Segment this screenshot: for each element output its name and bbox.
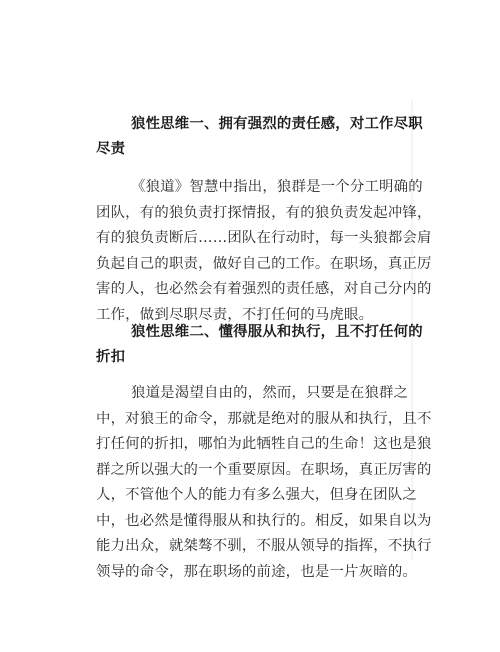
paragraph-line: 《狼道》智慧中指出，狼群是一个分工明确的 (96, 175, 406, 201)
heading-line: 狼性思维一、拥有强烈的责任感，对工作尽职 (96, 112, 406, 137)
section-1-heading: 狼性思维一、拥有强烈的责任感，对工作尽职 尽责 (96, 112, 406, 162)
heading-line: 折扣 (96, 345, 406, 370)
paragraph-line: 人，不管他个人的能力有多么强大，但身在团队之 (96, 483, 406, 509)
heading-line: 尽责 (96, 137, 406, 162)
section-2-heading: 狼性思维二、懂得服从和执行，且不打任何的 折扣 (96, 320, 406, 370)
paragraph-line: 狼道是渴望自由的，然而，只要是在狼群之 (96, 381, 406, 407)
paragraph-line: 有的狼负责断后……团队在行动时，每一头狼都会肩 (96, 226, 406, 252)
paragraph-line: 中，对狼王的命令，那就是绝对的服从和执行，且不 (96, 407, 406, 433)
paragraph-line: 打任何的折扣，哪怕为此牺牲自己的生命！这也是狼 (96, 432, 406, 458)
paragraph-line: 领导的命令，那在职场的前途，也是一片灰暗的。 (96, 560, 406, 586)
document-page: 狼性思维一、拥有强烈的责任感，对工作尽职 尽责 《狼道》智慧中指出，狼群是一个分… (0, 0, 500, 652)
paragraph-line: 害的人，也必然会有着强烈的责任感，对自己分内的 (96, 277, 406, 303)
section-2-paragraph: 狼道是渴望自由的，然而，只要是在狼群之 中，对狼王的命令，那就是绝对的服从和执行… (96, 381, 406, 585)
heading-line: 狼性思维二、懂得服从和执行，且不打任何的 (96, 320, 406, 345)
paragraph-line: 团队，有的狼负责打探情报，有的狼负责发起冲锋， (96, 201, 406, 227)
paragraph-line: 能力出众，就桀骜不驯，不服从领导的指挥，不执行 (96, 534, 406, 560)
paragraph-line: 中，也必然是懂得服从和执行的。相反，如果自以为 (96, 509, 406, 535)
paragraph-line: 负起自己的职责，做好自己的工作。在职场，真正厉 (96, 252, 406, 278)
section-1-paragraph: 《狼道》智慧中指出，狼群是一个分工明确的 团队，有的狼负责打探情报，有的狼负责发… (96, 175, 406, 328)
paragraph-line: 群之所以强大的一个重要原因。在职场，真正厉害的 (96, 458, 406, 484)
